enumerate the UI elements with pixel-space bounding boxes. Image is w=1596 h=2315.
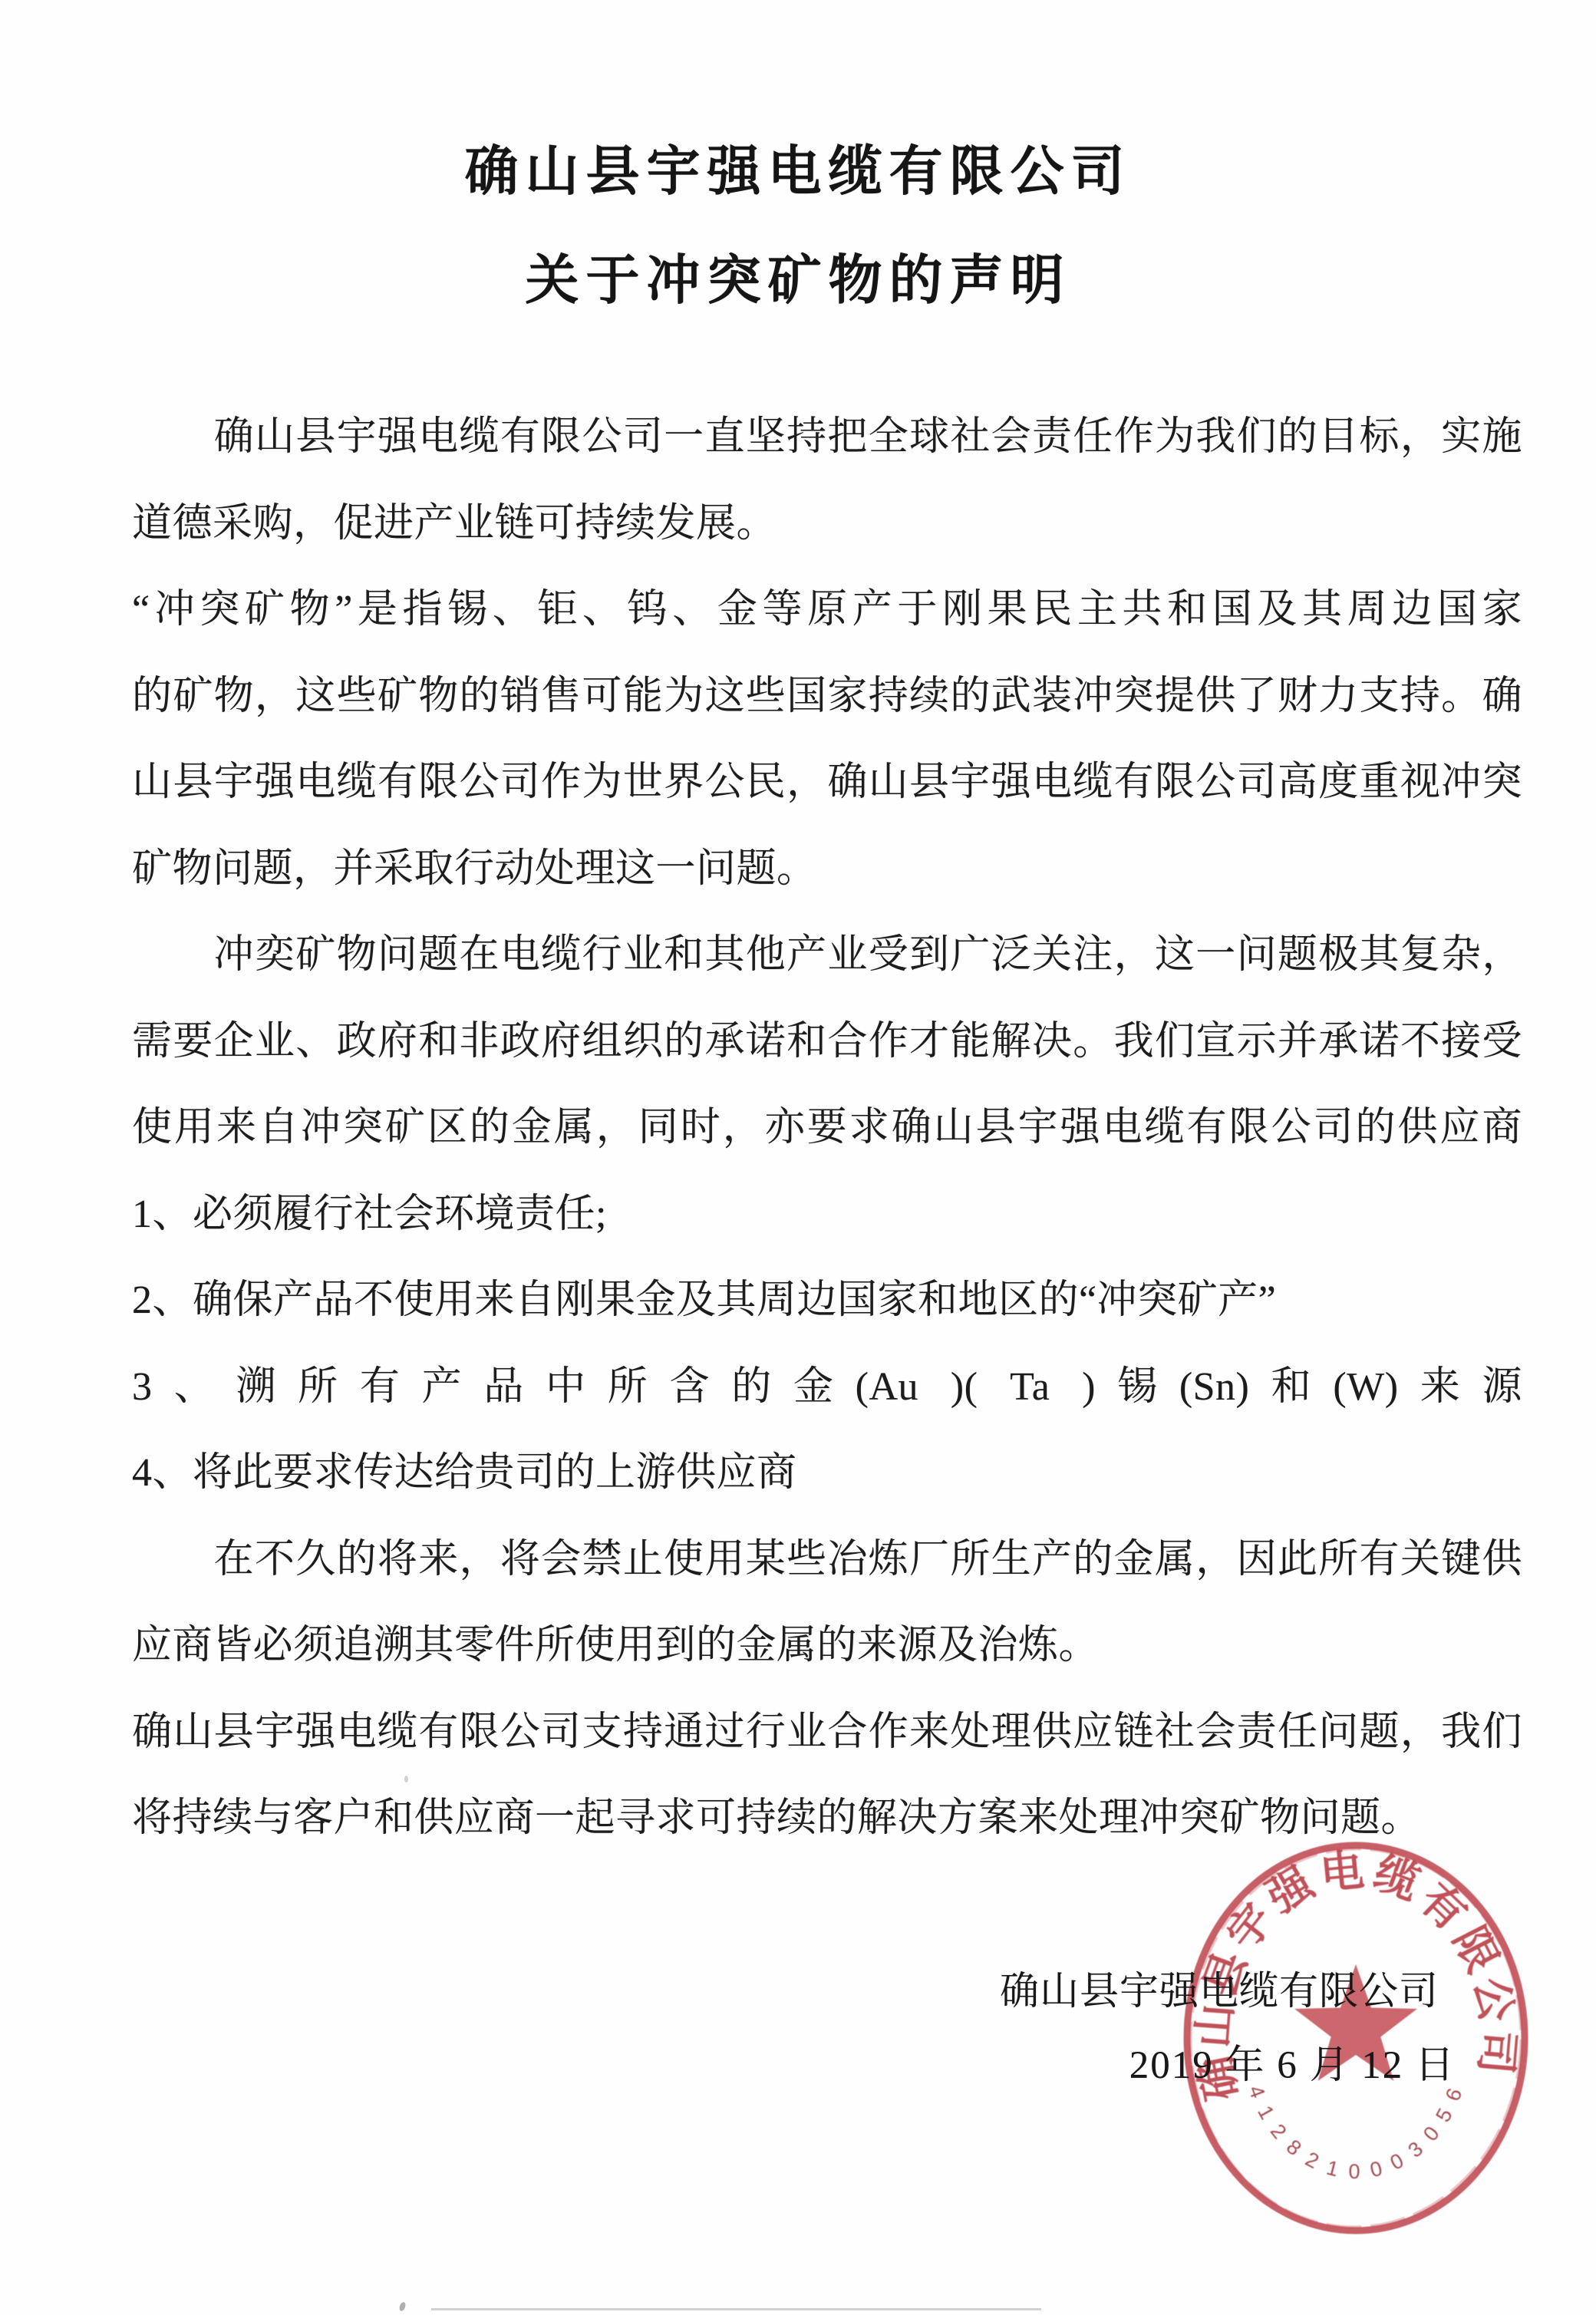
doc-title-subject: 关于冲突矿物的声明 xyxy=(0,253,1596,307)
paragraph: 在不久的将来，将会禁止使用某些冶炼厂所生产的金属，因此所有关键供应商皆必须追溯其… xyxy=(132,1517,1522,1690)
paragraph: 冲奕矿物问题在电缆行业和其他产业受到广泛关注，这一问题极其复杂，需要企业、政府和… xyxy=(132,912,1522,1172)
text-line: 3、溯所有产品中所含的金(Au )( Ta )锡(Sn)和(W)来源 xyxy=(132,1344,1522,1431)
scan-speck xyxy=(398,2301,407,2312)
signature-date: 2019 年 6 月 12 日 xyxy=(1129,2043,1456,2089)
text-line: 在不久的将来，将会禁止使用某些冶炼厂所生产的金属，因此所有关键供 xyxy=(132,1517,1522,1604)
signature-company-name: 确山县宇强电缆有限公司 xyxy=(1000,1969,1439,2016)
text-line: 冲奕矿物问题在电缆行业和其他产业受到广泛关注，这一问题极其复杂， xyxy=(132,912,1522,999)
text-line: 的矿物，这些矿物的销售可能为这些国家持续的武装冲突提供了财力支持。确 xyxy=(132,654,1522,740)
scanned-document-page: 确山县宇强电缆有限公司 关于冲突矿物的声明 确山县宇强电缆有限公司一直坚持把全球… xyxy=(0,0,1596,2315)
paragraph: 确山县宇强电缆有限公司一直坚持把全球社会责任作为我们的目标，实施道德采购，促进产… xyxy=(132,394,1522,567)
text-line: 道德采购，促进产业链可持续发展。 xyxy=(132,481,1522,568)
text-line: 1、必须履行社会环境责任; xyxy=(132,1172,1522,1258)
text-line: 确山县宇强电缆有限公司一直坚持把全球社会责任作为我们的目标，实施 xyxy=(132,394,1522,481)
list-item: 3、溯所有产品中所含的金(Au )( Ta )锡(Sn)和(W)来源 xyxy=(132,1344,1522,1431)
text-line: 山县宇强电缆有限公司作为世界公民，确山县宇强电缆有限公司高度重视冲突 xyxy=(132,740,1522,826)
text-line: 需要企业、政府和非政府组织的承诺和合作才能解决。我们宣示并承诺不接受 xyxy=(132,999,1522,1086)
scan-speck xyxy=(404,1776,408,1782)
company-seal-stamp: 确山县宇强电缆有限公司 4128210003056 xyxy=(1176,1835,1536,2241)
text-line: 矿物问题，并采取行动处理这一问题。 xyxy=(132,826,1522,913)
text-line: “冲突矿物”是指锡、钜、钨、金等原产于刚果民主共和国及其周边国家 xyxy=(132,567,1522,654)
list-item: 1、必须履行社会环境责任; xyxy=(132,1172,1522,1258)
text-line: 2、确保产品不使用来自刚果金及其周边国家和地区的“冲突矿产” xyxy=(132,1258,1522,1344)
text-line: 应商皆必须追溯其零件所使用到的金属的来源及治炼。 xyxy=(132,1603,1522,1690)
list-item: 2、确保产品不使用来自刚果金及其周边国家和地区的“冲突矿产” xyxy=(132,1258,1522,1344)
text-line: 确山县宇强电缆有限公司支持通过行业合作来处理供应链社会责任问题，我们 xyxy=(132,1690,1522,1776)
doc-title-company: 确山县宇强电缆有限公司 xyxy=(0,144,1596,198)
text-line: 4、将此要求传达给贵司的上游供应商 xyxy=(132,1430,1522,1517)
scan-artifact-line xyxy=(431,2308,1041,2310)
list-item: 4、将此要求传达给贵司的上游供应商 xyxy=(132,1430,1522,1517)
text-line: 使用来自冲突矿区的金属，同时，亦要求确山县宇强电缆有限公司的供应商 xyxy=(132,1085,1522,1172)
doc-body: 确山县宇强电缆有限公司一直坚持把全球社会责任作为我们的目标，实施道德采购，促进产… xyxy=(132,394,1522,1862)
paragraph: “冲突矿物”是指锡、钜、钨、金等原产于刚果民主共和国及其周边国家的矿物，这些矿物… xyxy=(132,567,1522,912)
seal-serial-number: 4128210003056 xyxy=(1244,2083,1468,2183)
